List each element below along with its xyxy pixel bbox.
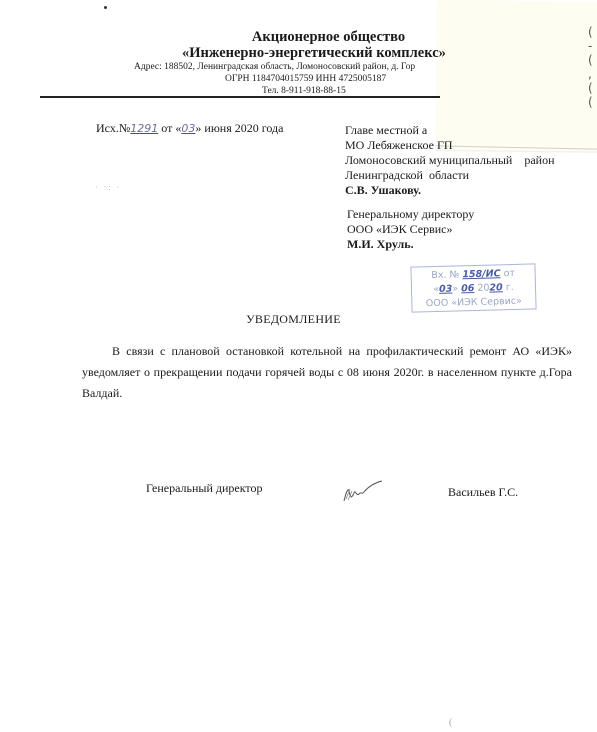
stamp-year-prefix: 20 [477, 283, 489, 294]
outgoing-day: 03 [181, 122, 195, 135]
scan-dot [104, 6, 107, 9]
margin-mark: ( [588, 81, 597, 95]
letterhead-rule [40, 96, 440, 98]
recipient-line: ООО «ИЭК Сервис» [347, 222, 474, 237]
margin-mark: ( [588, 95, 597, 109]
signature-icon [340, 479, 384, 503]
outgoing-prefix: Исх.№ [96, 121, 130, 135]
recipient-line: Ломоносовский муниципальный район [345, 153, 555, 168]
recipient-line: Генеральному директору [347, 207, 474, 222]
recipient-line: Ленинградской области [345, 168, 555, 183]
outgoing-number: Исх.№1291 от «03» июня 2020 года [96, 121, 283, 136]
recipient-line: МО Лебяженское ГП [345, 138, 555, 153]
stamp-month: 06 [461, 283, 475, 294]
recipient-name: С.В. Ушакову. [345, 183, 421, 197]
scan-speck: ( [449, 717, 453, 725]
stamp-quote: » [452, 283, 458, 294]
org-phone: Тел. 8-911-918-88-15 [262, 86, 346, 96]
org-name: «Инженерно-энергетический комплекс» [182, 45, 446, 62]
recipient-2: Генеральному директору ООО «ИЭК Сервис» … [347, 207, 474, 252]
org-type: Акционерное общество [0, 29, 597, 46]
recipient-name: М.И. Хруль. [347, 237, 414, 251]
document-body: В связи с плановой остановкой котельной … [82, 341, 572, 404]
outgoing-number-value: 1291 [130, 122, 158, 135]
document-title: УВЕДОМЛЕНИЕ [0, 312, 597, 327]
margin-mark: ( [588, 53, 597, 67]
outgoing-date-rest: » июня 2020 года [195, 121, 283, 135]
stamp-day: 03 [439, 284, 453, 295]
stamp-from-label: от [503, 268, 515, 279]
margin-mark: , [588, 67, 597, 81]
stamp-in-number: 158/ИС [462, 268, 501, 280]
outgoing-from-label: от « [161, 121, 181, 135]
recipient-line: Главе местной а [345, 123, 555, 138]
incoming-stamp: Вх. № 158/ИС от «03» 06 2020 г. ООО «ИЭК… [410, 263, 536, 312]
stamp-year-suffix: 20 [489, 282, 503, 293]
signatory-role: Генеральный директор [146, 481, 263, 496]
org-registration: ОГРН 1184704015759 ИНН 4725005187 [225, 74, 386, 84]
recipient-1: Главе местной а МО Лебяженское ГП Ломоно… [345, 123, 555, 198]
stamp-company: ООО «ИЭК Сервис» [416, 294, 531, 311]
stamp-in-label: Вх. № [431, 269, 459, 281]
org-address: Адрес: 188502, Ленинградская область, Ло… [134, 62, 415, 72]
signatory-name: Васильев Г.С. [448, 485, 518, 500]
scan-noise: · ·: · [95, 183, 121, 192]
stamp-year-unit: г. [506, 282, 514, 293]
